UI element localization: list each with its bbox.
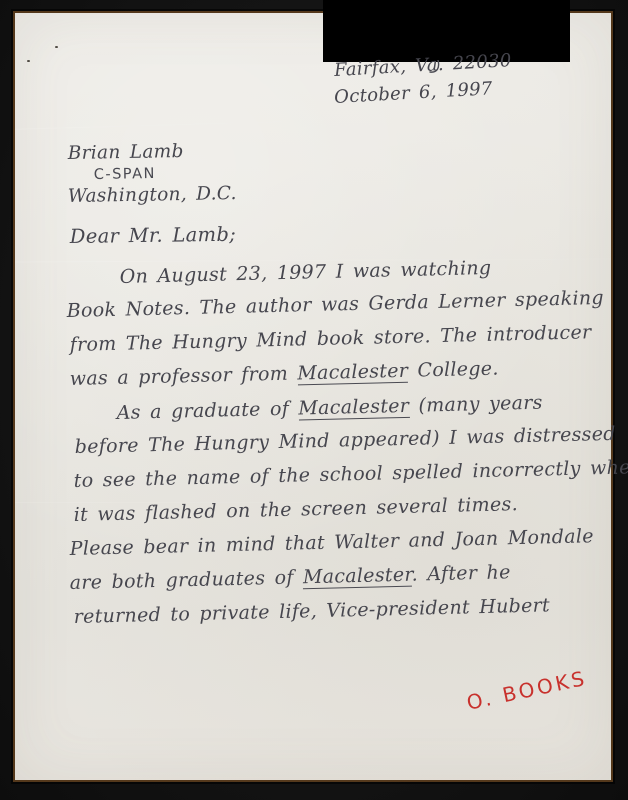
paper-crease (15, 121, 283, 129)
recipient-city: Washington, D.C. (68, 183, 237, 208)
body-text-segment: was a professor from (69, 362, 297, 390)
sender-header-block: Fairfax, Va. 22030 October 6, 1997 (335, 57, 513, 111)
paper-speck (27, 60, 30, 62)
underlined-word: Macalester (297, 360, 408, 386)
salutation: Dear Mr. Lamb; (70, 223, 236, 248)
body-text-segment: are both graduates of (69, 566, 303, 594)
scan-background: Fairfax, Va. 22030 October 6, 1997 Brian… (0, 0, 628, 800)
body-text-segment: returned to private life, Vice-president… (73, 594, 550, 628)
body-text-segment: As a graduate of (116, 398, 298, 424)
body-text-segment: College. (408, 358, 499, 382)
underlined-word: Macalester (298, 395, 409, 421)
recipient-name: Brian Lamb (68, 140, 237, 165)
body-text-segment: it was flashed on the screen several tim… (73, 493, 518, 526)
letter-body: On August 23, 1997 I was watchingBook No… (70, 260, 628, 634)
underlined-word: Macalester (303, 564, 412, 590)
body-text-segment: On August 23, 1997 I was watching (119, 257, 491, 288)
letter-paper: Fairfax, Va. 22030 October 6, 1997 Brian… (15, 13, 611, 780)
red-annotation: O. BOOKS (465, 666, 590, 715)
paper-speck (55, 46, 58, 48)
body-text-segment: (many years (409, 392, 543, 417)
body-text-segment: . After he (411, 561, 510, 585)
recipient-block: Brian Lamb C-SPAN Washington, D.C. (68, 143, 237, 208)
